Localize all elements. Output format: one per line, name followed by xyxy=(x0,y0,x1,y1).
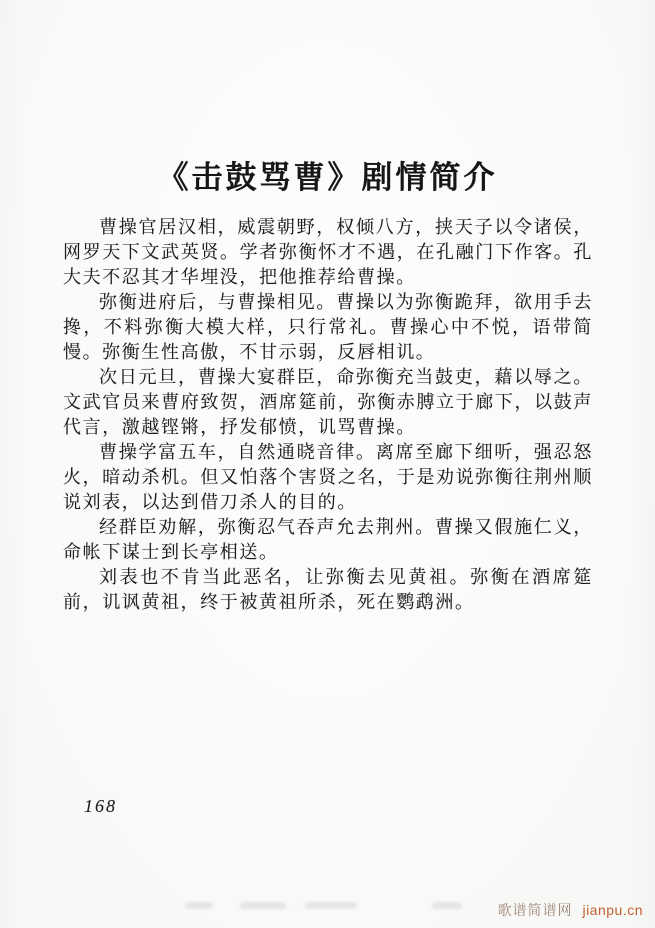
ink-smudge xyxy=(240,902,286,909)
page-number: 168 xyxy=(84,796,117,817)
paragraph: 曹操学富五车，自然通晓音律。离席至廊下细听，强忍怒火，暗动杀机。但又怕落个害贤之… xyxy=(63,440,593,515)
paragraph: 次日元旦，曹操大宴群臣，命弥衡充当鼓吏，藉以辱之。文武官员来曹府致贺，酒席筵前，… xyxy=(63,365,593,440)
scanned-book-page: 《击鼓骂曹》剧情简介 曹操官居汉相，威震朝野，权倾八方，挟天子以令诸侯，网罗天下… xyxy=(0,0,655,928)
ink-smudge xyxy=(185,902,213,909)
watermark-site-url: jianpu.cn xyxy=(582,902,643,918)
paragraph: 经群臣劝解，弥衡忍气吞声允去荆州。曹操又假施仁义，命帐下谋士到长亭相送。 xyxy=(63,515,593,565)
page-title: 《击鼓骂曹》剧情简介 xyxy=(0,152,655,197)
paragraph: 曹操官居汉相，威震朝野，权倾八方，挟天子以令诸侯，网罗天下文武英贤。学者弥衡怀才… xyxy=(63,215,593,290)
ink-smudge xyxy=(305,902,357,909)
watermark-site-name: 歌谱简谱网 xyxy=(498,902,573,918)
site-watermark: 歌谱简谱网 jianpu.cn xyxy=(498,900,643,920)
paragraph: 刘表也不肯当此恶名，让弥衡去见黄祖。弥衡在酒席筵前，讥讽黄祖，终于被黄祖所杀，死… xyxy=(63,565,593,615)
synopsis-text: 曹操官居汉相，威震朝野，权倾八方，挟天子以令诸侯，网罗天下文武英贤。学者弥衡怀才… xyxy=(63,215,593,615)
ink-smudge xyxy=(432,902,462,909)
paragraph: 弥衡进府后，与曹操相见。曹操以为弥衡跪拜，欲用手去搀，不料弥衡大模大样，只行常礼… xyxy=(63,290,593,365)
